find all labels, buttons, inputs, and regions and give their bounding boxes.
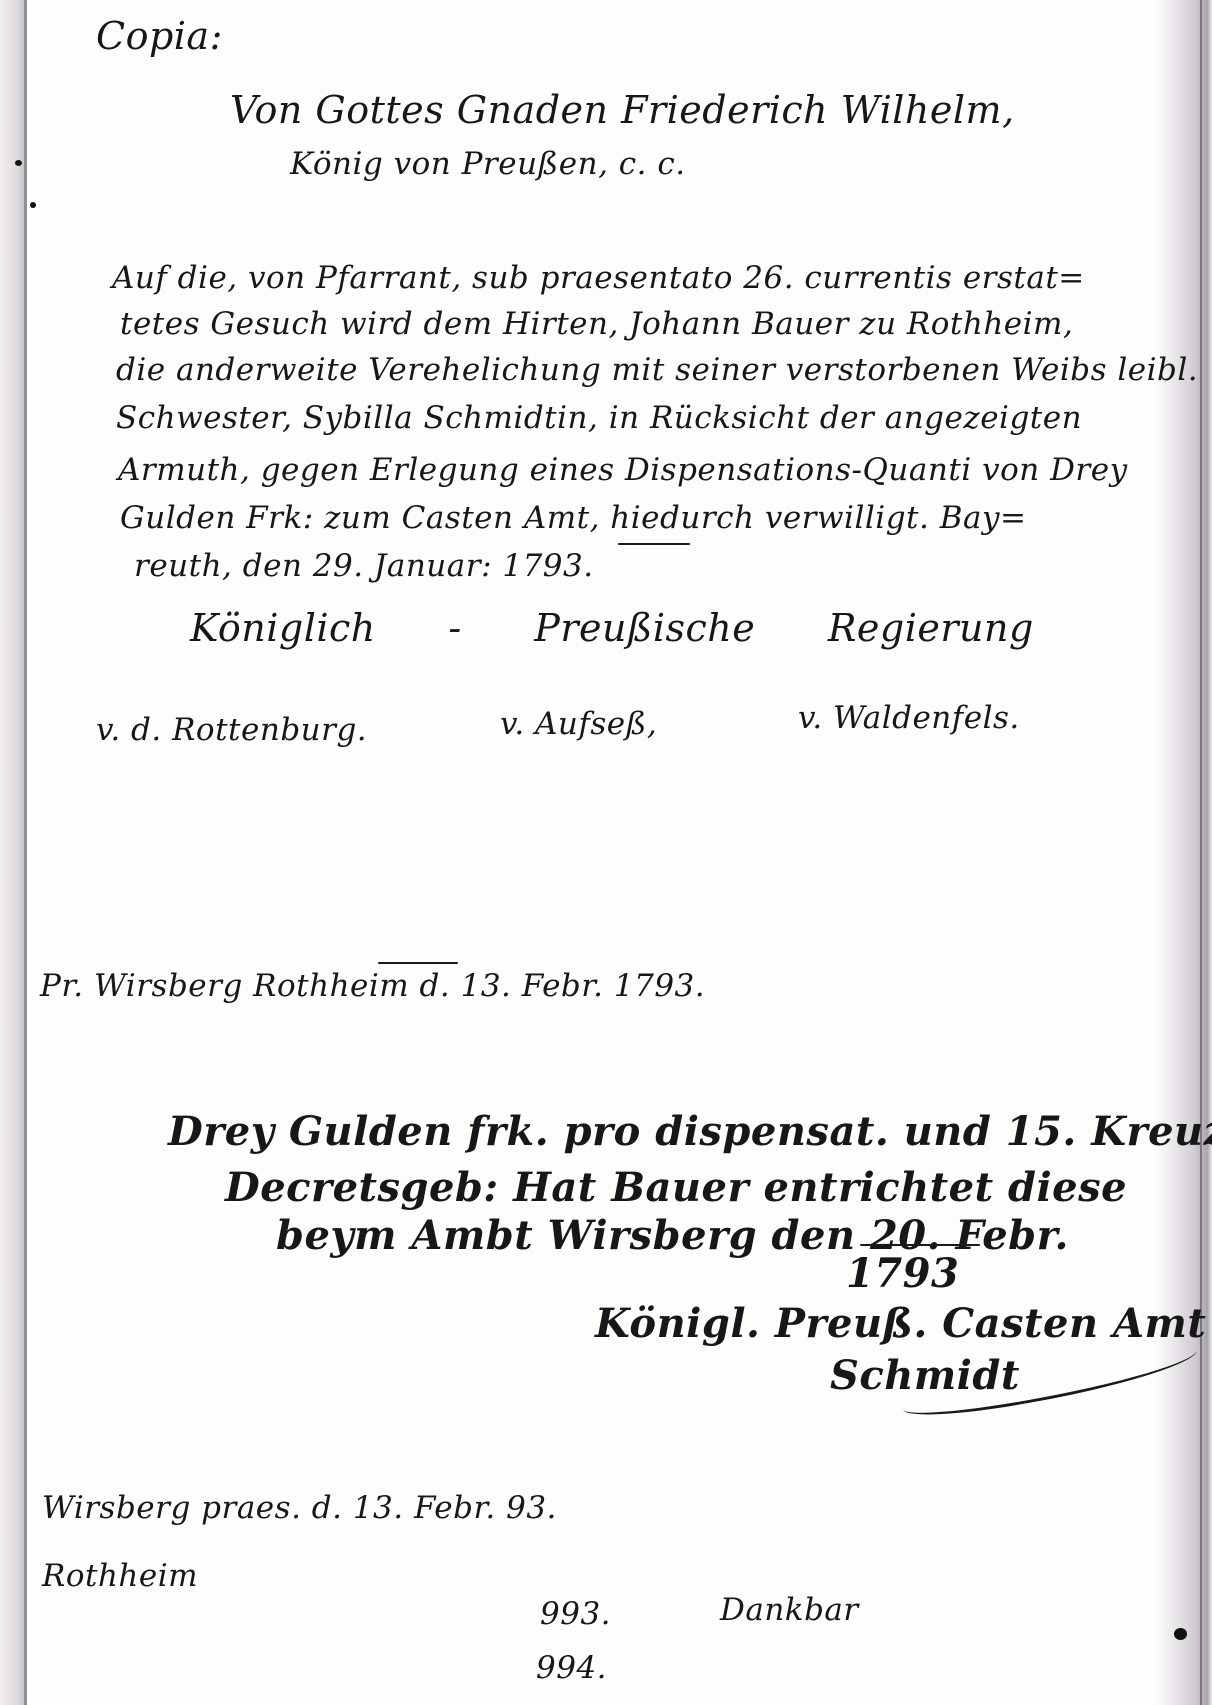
signatory-rottenburg: v. d. Rottenburg. (96, 712, 367, 748)
scan-left-edge-shadow (0, 0, 24, 1705)
ink-speck (30, 202, 36, 208)
authority-label: Königlich - Preußische Regierung (190, 606, 1034, 650)
folio-number-993: 993. (540, 1596, 611, 1632)
ink-speck (15, 160, 22, 166)
scan-left-border-line (24, 0, 27, 1705)
signatory-aufsess: v. Aufseß, (500, 706, 657, 742)
signatory-waldenfels: v. Waldenfels. (798, 700, 1020, 736)
receipt-line-2: Decretsgeb: Hat Bauer entrichtet diese (225, 1164, 1127, 1211)
receipt-line-1: Drey Gulden frk. pro dispensat. und 15. … (168, 1108, 1212, 1155)
place-line: Rothheim (42, 1558, 198, 1594)
body-line-2: tetes Gesuch wird dem Hirten, Johann Bau… (120, 306, 1073, 342)
body-line-7-date: reuth, den 29. Januar: 1793. (134, 548, 594, 584)
receipt-year: 1793 (846, 1250, 959, 1297)
annotation-dankbar: Dankbar (720, 1592, 859, 1628)
scanned-document-page: Copia: Von Gottes Gnaden Friederich Wilh… (0, 0, 1212, 1705)
presented-line: Wirsberg praes. d. 13. Febr. 93. (42, 1490, 557, 1526)
receipt-header: Pr. Wirsberg Rothheim d. 13. Febr. 1793. (40, 968, 705, 1004)
body-line-5: Armuth, gegen Erlegung eines Dispensatio… (118, 452, 1128, 488)
underline-mark (618, 543, 690, 545)
decree-title-line-1: Von Gottes Gnaden Friederich Wilhelm, (230, 88, 1015, 132)
scan-right-border-line (1200, 0, 1202, 1705)
body-line-1: Auf die, von Pfarrant, sub praesentato 2… (112, 260, 1085, 296)
overline-mark (378, 962, 458, 964)
scan-right-edge-shadow (1156, 0, 1212, 1705)
decree-title-line-2: König von Preußen, c. c. (290, 146, 686, 182)
folio-number-994: 994. (536, 1650, 607, 1686)
copy-label: Copia: (96, 14, 223, 58)
underline-mark (860, 1244, 980, 1246)
ink-speck (1174, 1628, 1187, 1640)
body-line-3: die anderweite Verehelichung mit seiner … (116, 352, 1198, 388)
body-line-4: Schwester, Sybilla Schmidtin, in Rücksic… (116, 400, 1082, 436)
body-line-6: Gulden Frk: zum Casten Amt, hiedurch ver… (120, 500, 1026, 536)
receipt-office-line: Königl. Preuß. Casten Amt (595, 1300, 1206, 1347)
